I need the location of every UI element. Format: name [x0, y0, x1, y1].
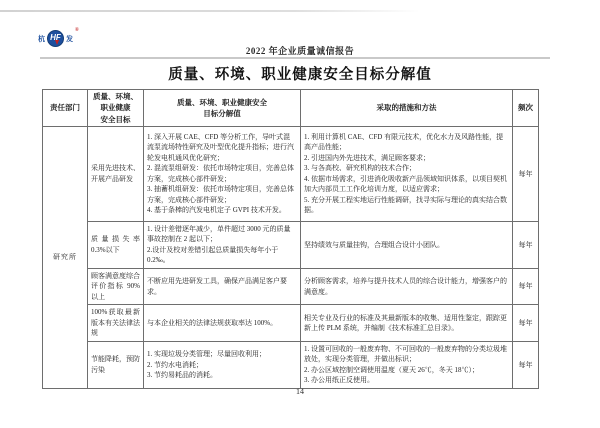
target-cell: 节能降耗，预防污染	[88, 341, 144, 388]
department-cell: 研究所	[43, 126, 88, 388]
measures-cell: 1. 利用计算机 CAE、CFD 有限元技术，优化水力及风路性能，提高产品性能；…	[301, 126, 513, 221]
page-title: 质量、环境、职业健康安全目标分解值	[0, 63, 600, 84]
frequency-cell: 每年	[513, 341, 539, 388]
frequency-cell: 每年	[513, 126, 539, 221]
decomposition-cell: 1. 设计差错逐年减少，单件超过 3000 元的质量事故控制在 2 起以下； 2…	[144, 221, 301, 268]
scan-edge-artifact	[0, 10, 420, 12]
table-row: 质量损失率 0.3%以下 1. 设计差错逐年减少，单件超过 3000 元的质量事…	[43, 221, 539, 268]
registered-trademark-icon: ®	[75, 28, 79, 33]
table-row: 顾客满意度综合评价指标 90%以上 不断应用先进研发工具，确保产品满足客户要求。…	[43, 268, 539, 305]
measures-cell: 分析顾客需求，培养与提升技术人员的综合设计能力，增强客户的满意度。	[301, 268, 513, 305]
header-qeo-target: 质量、环境、 职业健康 安全目标	[88, 90, 144, 127]
document-page: 杭 HF 发 ® 2022 年企业质量诚信报告 质量、环境、职业健康安全目标分解…	[0, 0, 600, 428]
logo-left-char: 杭	[38, 34, 45, 44]
table-row: 研究所 采用先进技术、开展产品研发 1. 深入开展 CAE、CFD 等分析工作，…	[43, 126, 539, 221]
target-cell: 顾客满意度综合评价指标 90%以上	[88, 268, 144, 305]
page-number: 14	[0, 387, 600, 396]
header-measures-methods: 采取的措施和方法	[301, 90, 513, 127]
frequency-cell: 每年	[513, 305, 539, 342]
targets-table: 责任部门 质量、环境、 职业健康 安全目标 质量、环境、职业健康安全 目标分解值…	[42, 89, 539, 389]
frequency-cell: 每年	[513, 221, 539, 268]
decomposition-cell: 1. 深入开展 CAE、CFD 等分析工作，导叶式混流泵流场特性研究及叶型优化提…	[144, 126, 301, 221]
measures-cell: 1. 设置可回收的一般废弃物、不可回收的一般废弃物的分类垃圾堆放处，实现分类管理…	[301, 341, 513, 388]
frequency-cell: 每年	[513, 268, 539, 305]
decomposition-cell: 与本企业相关的法律法规获取率达 100%。	[144, 305, 301, 342]
measures-cell: 相关专业及行业的标准及其最新版本的收集、适用性鉴定，跟踪更新上传 PLM 系统，…	[301, 305, 513, 342]
target-cell: 质量损失率 0.3%以下	[88, 221, 144, 268]
header-divider	[40, 57, 550, 59]
target-cell: 采用先进技术、开展产品研发	[88, 126, 144, 221]
header-frequency: 频次	[513, 90, 539, 127]
table-row: 节能降耗，预防污染 1. 实现垃圾分类管理；尽量回收利用； 2. 节约水电消耗；…	[43, 341, 539, 388]
report-header: 2022 年企业质量诚信报告	[0, 44, 600, 57]
header-responsible-department: 责任部门	[43, 90, 88, 127]
target-cell: 100%获取最新版本有关法律法规	[88, 305, 144, 342]
logo-right-char: 发	[66, 34, 73, 44]
decomposition-cell: 1. 实现垃圾分类管理；尽量回收利用； 2. 节约水电消耗； 3. 节约易耗品的…	[144, 341, 301, 388]
measures-cell: 坚持绩效与质量挂钩，合理组合设计小团队。	[301, 221, 513, 268]
header-target-decomposition: 质量、环境、职业健康安全 目标分解值	[144, 90, 301, 127]
decomposition-cell: 不断应用先进研发工具，确保产品满足客户要求。	[144, 268, 301, 305]
table-header-row: 责任部门 质量、环境、 职业健康 安全目标 质量、环境、职业健康安全 目标分解值…	[43, 90, 539, 127]
table-row: 100%获取最新版本有关法律法规 与本企业相关的法律法规获取率达 100%。 相…	[43, 305, 539, 342]
